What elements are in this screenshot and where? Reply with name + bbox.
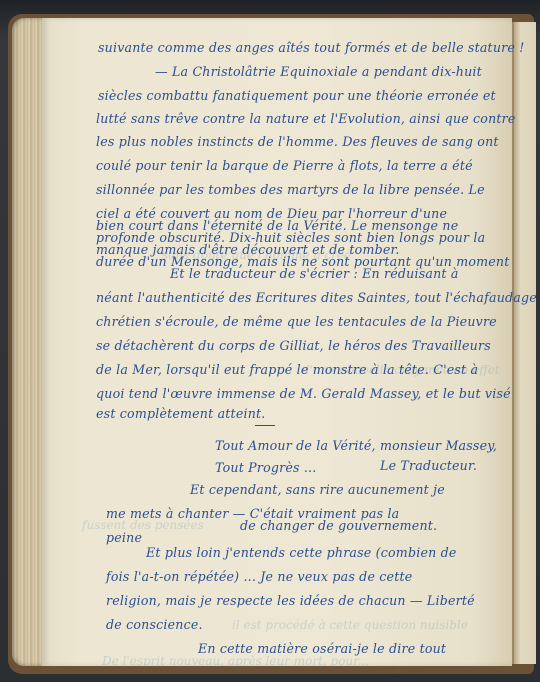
text-line: sillonnée par les tombes des martyrs de … <box>96 182 485 197</box>
text-line: lutté sans trêve contre la nature et l'E… <box>96 111 516 126</box>
section-divider <box>255 425 275 426</box>
page-edges <box>12 18 46 666</box>
text-line: Tout Amour de la Vérité, monsieur Massey… <box>215 438 497 453</box>
text-line: se détachèrent du corps de Gilliat, le h… <box>96 338 491 353</box>
text-line: Et plus loin j'entends cette phrase (com… <box>146 545 457 560</box>
text-line: chrétien s'écroule, de même que les tent… <box>96 314 497 329</box>
text-line: peine <box>106 530 142 545</box>
text-line: Tout Progrès ... <box>215 460 316 475</box>
text-line: coulé pour tenir la barque de Pierre à f… <box>96 158 473 173</box>
text-line: les plus nobles instincts de l'homme. De… <box>96 134 499 149</box>
text-line: de conscience. <box>106 617 203 632</box>
text-line: de changer de gouvernement. <box>240 518 437 533</box>
text-line: néant l'authenticité des Ecritures dites… <box>96 290 537 305</box>
text-line: Et le traducteur de s'écrier : En réduis… <box>170 266 459 281</box>
signature: Le Traducteur. <box>380 458 477 473</box>
text-line: fois l'a-t-on répétée) ... Je ne veux pa… <box>106 569 412 584</box>
text-line: religion, mais je respecte les idées de … <box>106 593 475 608</box>
text-line: est complètement atteint. <box>96 406 265 421</box>
text-line: En cette matière osérai-je le dire tout <box>198 641 446 656</box>
text-line: bien court dans l'éternité de la Vérité.… <box>96 218 458 233</box>
bleed-through-text: De l'esprit nouveau, après leur mort, po… <box>102 654 369 668</box>
ink-stain <box>394 668 402 674</box>
text-line: Et cependant, sans rire aucunement je <box>190 482 445 497</box>
facing-page-edge <box>512 22 536 664</box>
text-line: quoi tend l'œuvre immense de M. Gerald M… <box>96 386 511 401</box>
text-line: siècles combattu fanatiquement pour une … <box>98 88 496 103</box>
text-line: — La Christolâtrie Equinoxiale a pendant… <box>155 64 482 79</box>
text-line: manque jamais d'être découvert et de tom… <box>96 242 400 257</box>
bleed-through-text: il est procédé à cette question nuisible <box>232 618 468 632</box>
text-line: de la Mer, lorsqu'il eut frappé le monst… <box>96 362 478 377</box>
text-line: suivante comme des anges aîtés tout form… <box>98 40 524 55</box>
